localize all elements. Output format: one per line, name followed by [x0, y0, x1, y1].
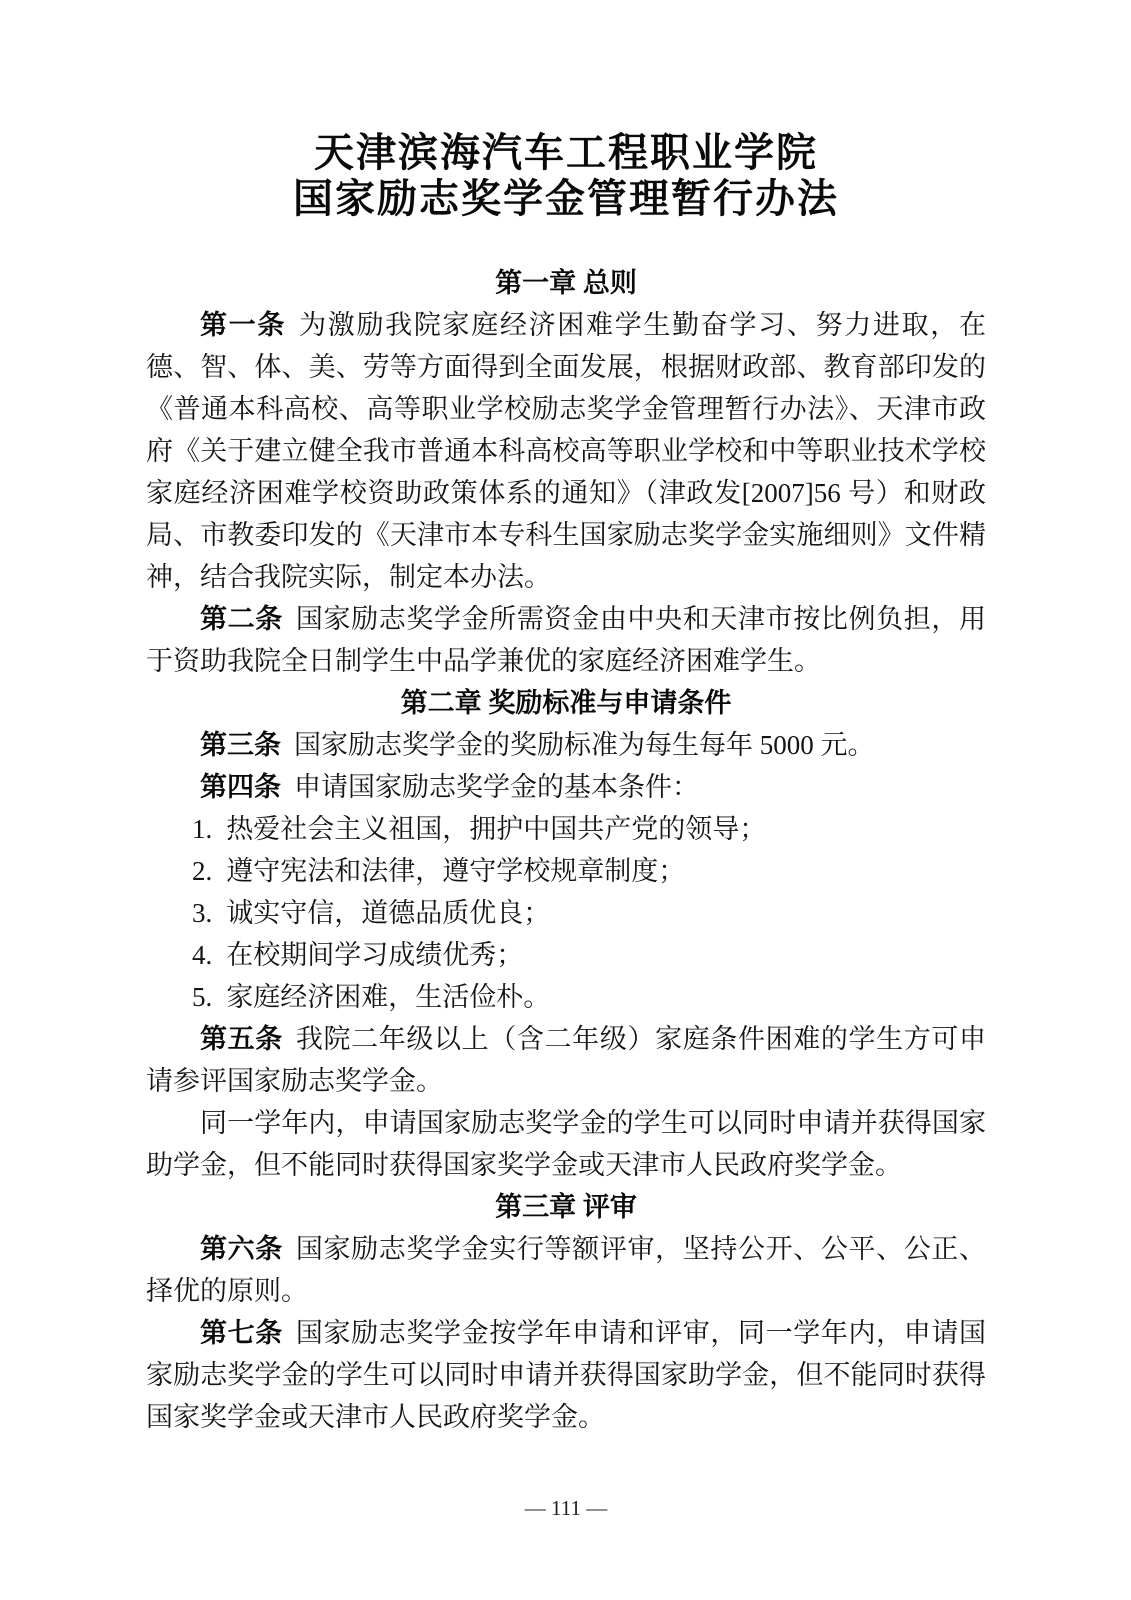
- condition-item-1-marker: 1.: [192, 814, 212, 844]
- article-4-text: 申请国家励志奖学金的基本条件：: [294, 772, 699, 802]
- doc-title-line-2: 国家励志奖学金管理暂行办法: [146, 176, 986, 222]
- article-1-text: 为激励我院家庭经济困难学生勤奋学习、努力进取，在德、智、体、美、劳等方面得到全面…: [146, 310, 986, 592]
- article-2-paragraph: 第二条国家励志奖学金所需资金由中央和天津市按比例负担，用于资助我院全日制学生中品…: [146, 598, 986, 682]
- doc-title-line-1: 天津滨海汽车工程职业学院: [146, 130, 986, 176]
- article-3-paragraph: 第三条国家励志奖学金的奖励标准为每生每年 5000 元。: [146, 724, 986, 766]
- article-4-number: 第四条: [200, 772, 281, 802]
- article-5-continuation-paragraph: 同一学年内，申请国家励志奖学金的学生可以同时申请并获得国家助学金，但不能同时获得…: [146, 1102, 986, 1186]
- article-6-number: 第六条: [200, 1234, 283, 1264]
- chapter-1-heading: 第一章 总则: [146, 262, 986, 304]
- condition-item-2-marker: 2.: [192, 856, 212, 886]
- article-1-paragraph: 第一条为激励我院家庭经济困难学生勤奋学习、努力进取，在德、智、体、美、劳等方面得…: [146, 304, 986, 598]
- condition-item-4: 4.在校期间学习成绩优秀；: [146, 934, 986, 976]
- doc-body: 第一章 总则 第一条为激励我院家庭经济困难学生勤奋学习、努力进取，在德、智、体、…: [146, 262, 986, 1438]
- article-3-number: 第三条: [200, 730, 281, 760]
- chapter-2-heading: 第二章 奖励标准与申请条件: [146, 682, 986, 724]
- chapter-3-heading: 第三章 评审: [146, 1186, 986, 1228]
- condition-item-4-text: 在校期间学习成绩优秀；: [226, 940, 523, 970]
- condition-item-5: 5.家庭经济困难，生活俭朴。: [146, 976, 986, 1018]
- condition-item-5-text: 家庭经济困难，生活俭朴。: [226, 982, 550, 1012]
- doc-title: 天津滨海汽车工程职业学院 国家励志奖学金管理暂行办法: [146, 130, 986, 222]
- article-4-paragraph: 第四条申请国家励志奖学金的基本条件：: [146, 766, 986, 808]
- article-2-number: 第二条: [200, 604, 283, 634]
- condition-item-1-text: 热爱社会主义祖国，拥护中国共产党的领导；: [226, 814, 766, 844]
- condition-item-4-marker: 4.: [192, 940, 212, 970]
- article-1-number: 第一条: [200, 310, 286, 340]
- page-number: — 111 —: [146, 1493, 986, 1523]
- article-7-paragraph: 第七条国家励志奖学金按学年申请和评审，同一学年内，申请国家励志奖学金的学生可以同…: [146, 1312, 986, 1438]
- condition-item-2: 2.遵守宪法和法律，遵守学校规章制度；: [146, 850, 986, 892]
- article-3-text: 国家励志奖学金的奖励标准为每生每年 5000 元。: [294, 730, 875, 760]
- condition-item-3: 3.诚实守信，道德品质优良；: [146, 892, 986, 934]
- condition-item-3-marker: 3.: [192, 898, 212, 928]
- condition-item-2-text: 遵守宪法和法律，遵守学校规章制度；: [226, 856, 685, 886]
- condition-item-5-marker: 5.: [192, 982, 212, 1012]
- article-5-number: 第五条: [200, 1024, 283, 1054]
- article-6-paragraph: 第六条国家励志奖学金实行等额评审，坚持公开、公平、公正、择优的原则。: [146, 1228, 986, 1312]
- article-7-number: 第七条: [200, 1318, 283, 1348]
- article-5-paragraph: 第五条我院二年级以上（含二年级）家庭条件困难的学生方可申请参评国家励志奖学金。: [146, 1018, 986, 1102]
- condition-item-1: 1.热爱社会主义祖国，拥护中国共产党的领导；: [146, 808, 986, 850]
- document-page: 天津滨海汽车工程职业学院 国家励志奖学金管理暂行办法 第一章 总则 第一条为激励…: [0, 0, 1131, 1600]
- condition-item-3-text: 诚实守信，道德品质优良；: [226, 898, 550, 928]
